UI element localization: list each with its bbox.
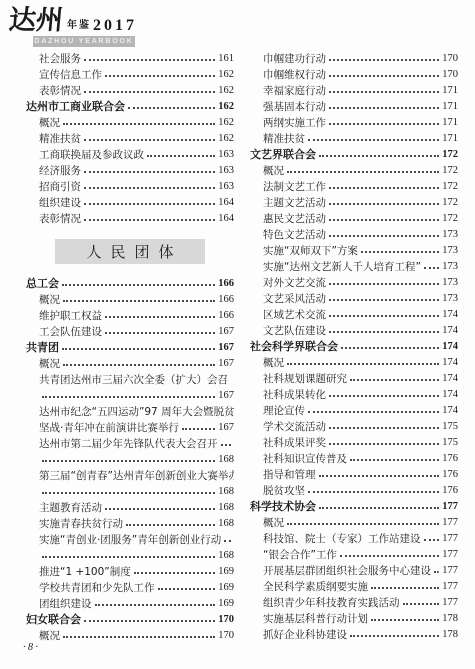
toc-entry: 开展基层群团组织社会服务中心建设177: [250, 562, 458, 578]
toc-entry-page: 172: [442, 165, 458, 176]
toc-entry-page: 162: [218, 69, 234, 80]
toc-entry: 宣传信息工作162: [26, 66, 234, 82]
dotted-leader: [63, 300, 215, 302]
toc-entry-page: 162: [218, 85, 234, 96]
toc-entry-page: 177: [442, 533, 458, 544]
toc-entry: 科技馆、院士（专家）工作站建设177: [250, 530, 458, 546]
toc-entry-title: 社会服务: [39, 51, 81, 66]
toc-entry-title: 工会队伍建设: [39, 324, 102, 339]
toc-entry-page: 172: [442, 149, 458, 160]
toc-entry-page: 164: [218, 197, 234, 208]
toc-entry: 实施“双师双下”方案173: [250, 242, 458, 258]
dotted-leader: [287, 523, 439, 525]
toc-entry-title: 社科成果转化: [263, 387, 326, 402]
toc-entry: 巾帼建功行动170: [250, 50, 458, 66]
dotted-leader: [84, 171, 215, 173]
toc-column-right: 巾帼建功行动170巾帼维权行动170幸福家庭行动171强基固本行动171两纲实施…: [250, 50, 458, 643]
toc-entry: 概况177: [250, 514, 458, 530]
section-header: 人民团体: [55, 239, 205, 264]
toc-entry: 维护职工权益166: [26, 307, 234, 323]
toc-entry-title: 实施青春扶贫行动: [39, 516, 123, 531]
toc-entry: 实施“达州文艺新人千人培育工程”173: [250, 258, 458, 274]
toc-entry-title: 抓好企业科协建设: [263, 627, 347, 642]
dotted-leader: [308, 411, 439, 413]
dotted-leader: [84, 91, 215, 93]
toc-entry-title: 两纲实施工作: [263, 115, 326, 130]
dotted-leader: [63, 123, 215, 125]
dotted-leader: [84, 59, 215, 61]
toc-entry-page: 174: [442, 389, 458, 400]
toc-entry: 全民科学素质纲要实施177: [250, 578, 458, 594]
toc-entry-title: 法制文艺工作: [263, 179, 326, 194]
toc-entry-page: 175: [442, 437, 458, 448]
toc-entry: 理论宣传174: [250, 402, 458, 418]
toc-entry: 主题文艺活动172: [250, 194, 458, 210]
toc-entry-page: 174: [442, 325, 458, 336]
dotted-leader: [84, 187, 215, 189]
toc-entry: 文艺队伍建设174: [250, 322, 458, 338]
toc-entry-title: 宣传信息工作: [39, 67, 102, 82]
toc-entry-title: 科学技术协会: [250, 498, 316, 514]
logo-subtitle-en: DAZHOU YEARBOOK: [33, 36, 135, 47]
toc-entry-page: 177: [442, 517, 458, 528]
dotted-leader: [287, 363, 439, 365]
toc-entry-title: 全民科学素质纲要实施: [263, 579, 368, 594]
dotted-leader: [84, 203, 215, 205]
toc-entry-page: 167: [218, 342, 234, 353]
toc-entry-title: 文艺采风活动: [263, 291, 326, 306]
toc-entry-page: 172: [442, 181, 458, 192]
toc-entry-title: 强基固本行动: [263, 99, 326, 114]
dotted-leader: [434, 571, 439, 573]
toc-entry-page: 177: [442, 565, 458, 576]
dotted-leader: [403, 603, 440, 605]
toc-entry-page: 162: [218, 117, 234, 128]
dotted-leader: [329, 219, 439, 221]
toc-entry: 社科成果转化174: [250, 386, 458, 402]
toc-entry: 学术交流活动175: [250, 418, 458, 434]
toc-entry-title: 概况: [39, 292, 60, 307]
toc-entry: 对外文艺交流173: [250, 274, 458, 290]
toc-entry: 学校共青团和少先队工作169: [26, 579, 234, 595]
toc-entry-continuation: 168: [26, 451, 234, 467]
logo-subtitle-cn: 年鉴: [67, 16, 91, 31]
toc-entry: 概况170: [26, 627, 234, 643]
toc-entry: 文艺采风活动173: [250, 290, 458, 306]
dotted-leader: [329, 299, 439, 301]
toc-entry-title: 实施“双师双下”方案: [263, 243, 358, 258]
dotted-leader: [350, 635, 439, 637]
toc-entry-page: 167: [218, 390, 234, 401]
toc-entry-title: 共青团: [26, 339, 59, 355]
toc-entry-title: 文艺队伍建设: [263, 323, 326, 338]
toc-entry-page: 168: [218, 518, 234, 529]
toc-entry-title: 工商联换届及参政议政: [39, 147, 144, 162]
toc-entry-page: 161: [218, 53, 234, 64]
toc-entry-page: 170: [442, 53, 458, 64]
dotted-leader: [350, 379, 439, 381]
toc-entry-page: 169: [218, 582, 234, 593]
toc-entry: 概况174: [250, 354, 458, 370]
toc-entry-page: 168: [218, 502, 234, 513]
toc-entry-title: 共青团达州市三届六次全委（扩大）会召开: [39, 372, 228, 387]
dotted-leader: [182, 428, 215, 430]
dotted-leader: [128, 107, 215, 109]
dotted-leader: [224, 540, 231, 542]
toc-entry-page: 172: [442, 213, 458, 224]
toc-entry-title: 脱贫攻坚: [263, 483, 305, 498]
toc-entry-page: 170: [218, 614, 234, 625]
dotted-leader: [63, 364, 215, 366]
dotted-leader: [308, 491, 439, 493]
toc-entry-page: 163: [218, 149, 234, 160]
toc-entry-page: 175: [442, 421, 458, 432]
toc-entry-page: 173: [442, 261, 458, 272]
toc-entry-page: 171: [442, 101, 458, 112]
toc-entry: 惠民文艺活动172: [250, 210, 458, 226]
toc-entry-title: 达州市工商业联合会: [26, 98, 125, 114]
toc-entry-page: 170: [442, 69, 458, 80]
toc-entry-page: 163: [218, 165, 234, 176]
toc-heading-entry: 总工会166: [26, 275, 234, 291]
toc-entry-title: 精准扶贫: [263, 131, 305, 146]
dotted-leader: [42, 396, 215, 398]
toc-entry-page: 177: [442, 501, 458, 512]
toc-entry: 精准扶贫171: [250, 130, 458, 146]
dotted-leader: [147, 155, 215, 157]
dotted-leader: [329, 283, 439, 285]
toc-entry-title: 推进“1 +100”制度: [39, 564, 131, 579]
toc-entry: 脱贫攻坚176: [250, 482, 458, 498]
toc-entry-title: 精准扶贫: [39, 131, 81, 146]
dotted-leader: [329, 75, 439, 77]
toc-entry: 达州市纪念“五四运动”97 周年大会暨脱贫攻: [26, 403, 234, 419]
toc-entry: 推进“1 +100”制度169: [26, 563, 234, 579]
toc-entry-page: 171: [442, 133, 458, 144]
dotted-leader: [105, 332, 215, 334]
toc-entry-title: 对外文艺交流: [263, 275, 326, 290]
toc-entry: 达州市第二届少年先锋队代表大会召开: [26, 435, 234, 451]
toc-entry: 工商联换届及参政议政163: [26, 146, 234, 162]
dotted-leader: [424, 267, 439, 269]
toc-heading-entry: 社会科学界联合会174: [250, 338, 458, 354]
dotted-leader: [105, 75, 215, 77]
dotted-leader: [62, 348, 215, 350]
toc-column-left: 社会服务161宣传信息工作162表彰情况162达州市工商业联合会162概况162…: [26, 50, 234, 643]
toc-entry-title: 幸福家庭行动: [263, 83, 326, 98]
toc-entry: 概况167: [26, 355, 234, 371]
dotted-leader: [105, 508, 215, 510]
toc-entry-page: 163: [218, 181, 234, 192]
toc-entry-title: 经济服务: [39, 163, 81, 178]
dotted-leader: [319, 475, 440, 477]
toc-entry-page: 177: [442, 581, 458, 592]
toc-entry-title: 巾帼维权行动: [263, 67, 326, 82]
toc-entry-continuation: 坚战·青年冲在前演讲比赛举行167: [26, 419, 234, 435]
toc-entry-title: 实施“达州文艺新人千人培育工程”: [263, 259, 421, 274]
toc-entry: 社会服务161: [26, 50, 234, 66]
toc-entry-title: 学校共青团和少先队工作: [39, 580, 155, 595]
toc-entry-title: 组织建设: [39, 195, 81, 210]
toc-entry: 共青团达州市三届六次全委（扩大）会召开: [26, 371, 234, 387]
toc-entry-title: 实施基层科普行动计划: [263, 611, 368, 626]
toc-entry-title: 概况: [263, 163, 284, 178]
toc-entry-title: 团组织建设: [39, 596, 92, 611]
toc-entry-title: 达州市纪念“五四运动”97 周年大会暨脱贫攻: [39, 404, 234, 419]
toc-entry-page: 174: [442, 373, 458, 384]
toc-entry: 特色文艺活动173: [250, 226, 458, 242]
toc-entry-title: 学术交流活动: [263, 419, 326, 434]
toc-entry-page: 174: [442, 341, 458, 352]
toc-columns: 社会服务161宣传信息工作162表彰情况162达州市工商业联合会162概况162…: [26, 50, 458, 643]
toc-heading-entry: 妇女联合会170: [26, 611, 234, 627]
toc-entry-title: 主题文艺活动: [263, 195, 326, 210]
toc-entry: 巾帼维权行动170: [250, 66, 458, 82]
toc-entry-page: 171: [442, 85, 458, 96]
logo-year: 2017: [93, 18, 137, 34]
folio-page-number: · 8 ·: [23, 642, 38, 653]
toc-entry-page: 162: [218, 101, 234, 112]
toc-entry-continuation: 167: [26, 387, 234, 403]
toc-entry: 实施“青创业·团服务”青年创新创业行动: [26, 531, 234, 547]
toc-entry: 表彰情况164: [26, 210, 234, 226]
dotted-leader: [221, 444, 232, 446]
toc-entry: 社科规划课题研究174: [250, 370, 458, 386]
toc-entry: 强基固本行动171: [250, 98, 458, 114]
toc-entry-title: 妇女联合会: [26, 611, 81, 627]
toc-heading-entry: 共青团167: [26, 339, 234, 355]
toc-entry-page: 171: [442, 117, 458, 128]
dotted-leader: [42, 492, 215, 494]
toc-entry: 抓好企业科协建设178: [250, 626, 458, 642]
toc-entry-page: 168: [218, 454, 234, 465]
toc-entry-page: 162: [218, 133, 234, 144]
toc-entry: 工会队伍建设167: [26, 323, 234, 339]
dotted-leader: [329, 107, 439, 109]
toc-entry-title: 社科知识宣传普及: [263, 451, 347, 466]
toc-entry-page: 164: [218, 213, 234, 224]
toc-heading-entry: 达州市工商业联合会162: [26, 98, 234, 114]
toc-entry-page: 176: [442, 485, 458, 496]
dotted-leader: [329, 203, 439, 205]
toc-entry: 精准扶贫162: [26, 130, 234, 146]
toc-entry: 团组织建设169: [26, 595, 234, 611]
toc-entry: 组织青少年科技教育实践活动177: [250, 594, 458, 610]
toc-entry: 组织建设164: [26, 194, 234, 210]
dotted-leader: [84, 620, 215, 622]
dotted-leader: [319, 507, 439, 509]
toc-entry-title: 招商引资: [39, 179, 81, 194]
dotted-leader: [329, 235, 439, 237]
toc-entry-page: 167: [218, 326, 234, 337]
toc-entry: 主题教育活动168: [26, 499, 234, 515]
toc-entry-title: 社科成果评奖: [263, 435, 326, 450]
dotted-leader: [329, 427, 439, 429]
toc-entry-title: 特色文艺活动: [263, 227, 326, 242]
dotted-leader: [350, 459, 439, 461]
toc-entry-title: 第三届“创青春”达州青年创新创业大赛举办: [39, 468, 234, 483]
toc-entry-page: 167: [218, 358, 234, 369]
yearbook-toc-page: 达州 年鉴 2017 DAZHOU YEARBOOK 社会服务161宣传信息工作…: [0, 0, 475, 669]
toc-entry: 概况166: [26, 291, 234, 307]
toc-heading-entry: 科学技术协会177: [250, 498, 458, 514]
toc-entry-page: 167: [218, 422, 234, 433]
dotted-leader: [329, 59, 439, 61]
toc-entry-title: 表彰情况: [39, 83, 81, 98]
toc-entry-title: 主题教育活动: [39, 500, 102, 515]
toc-entry-page: 177: [442, 597, 458, 608]
dotted-leader: [84, 139, 215, 141]
toc-entry: 实施基层科普行动计划178: [250, 610, 458, 626]
dotted-leader: [308, 139, 439, 141]
toc-entry-page: 176: [442, 453, 458, 464]
toc-entry: 招商引资163: [26, 178, 234, 194]
toc-entry: 第三届“创青春”达州青年创新创业大赛举办: [26, 467, 234, 483]
toc-entry-title: 总工会: [26, 275, 59, 291]
dotted-leader: [105, 316, 215, 318]
toc-entry: 幸福家庭行动171: [250, 82, 458, 98]
toc-entry: 指导和管理176: [250, 466, 458, 482]
toc-entry-page: 169: [218, 598, 234, 609]
toc-entry-page: 178: [442, 629, 458, 640]
toc-entry-page: 174: [442, 309, 458, 320]
dotted-leader: [134, 572, 216, 574]
toc-entry-page: 166: [218, 278, 234, 289]
logo-title-line: 达州 年鉴 2017: [9, 7, 137, 34]
dotted-leader: [95, 604, 216, 606]
dotted-leader: [329, 443, 439, 445]
toc-entry: 两纲实施工作171: [250, 114, 458, 130]
toc-entry-title: 理论宣传: [263, 403, 305, 418]
dotted-leader: [340, 555, 439, 557]
toc-entry-continuation: 168: [26, 547, 234, 563]
dotted-leader: [371, 587, 439, 589]
toc-entry-title: 维护职工权益: [39, 308, 102, 323]
toc-entry-title: 社会科学界联合会: [250, 338, 338, 354]
toc-entry: 实施青春扶贫行动168: [26, 515, 234, 531]
toc-entry: 社科成果评奖175: [250, 434, 458, 450]
toc-entry-title: 巾帼建功行动: [263, 51, 326, 66]
toc-entry-title: 概况: [39, 115, 60, 130]
dotted-leader: [158, 588, 216, 590]
toc-entry-page: 173: [442, 277, 458, 288]
dotted-leader: [62, 284, 215, 286]
toc-entry-page: 176: [442, 469, 458, 480]
toc-entry-page: 173: [442, 293, 458, 304]
dotted-leader: [319, 155, 439, 157]
dotted-leader: [329, 187, 439, 189]
toc-entry-title: 达州市第二届少年先锋队代表大会召开: [39, 436, 218, 451]
dotted-leader: [329, 315, 439, 317]
dotted-leader: [329, 91, 439, 93]
dotted-leader: [329, 395, 439, 397]
toc-entry-page: 174: [442, 357, 458, 368]
toc-entry-title: 科技馆、院士（专家）工作站建设: [263, 531, 421, 546]
toc-entry: 概况162: [26, 114, 234, 130]
dotted-leader: [287, 171, 439, 173]
toc-entry-title: 惠民文艺活动: [263, 211, 326, 226]
toc-entry-title: 社科规划课题研究: [263, 371, 347, 386]
toc-entry-title: “银会合作”工作: [263, 547, 337, 562]
toc-entry-page: 170: [218, 630, 234, 641]
toc-entry-continuation: 168: [26, 483, 234, 499]
toc-entry-title: 区域艺术交流: [263, 307, 326, 322]
toc-heading-entry: 文艺界联合会172: [250, 146, 458, 162]
toc-entry-title: 概况: [39, 628, 60, 643]
toc-entry-title: 概况: [39, 356, 60, 371]
toc-entry-page: 172: [442, 197, 458, 208]
toc-entry-title: 表彰情况: [39, 211, 81, 226]
toc-entry: 概况172: [250, 162, 458, 178]
toc-entry-page: 174: [442, 405, 458, 416]
toc-entry: 经济服务163: [26, 162, 234, 178]
toc-entry-page: 168: [218, 550, 234, 561]
toc-entry-title: 指导和管理: [263, 467, 316, 482]
toc-entry: 区域艺术交流174: [250, 306, 458, 322]
toc-entry-title: 坚战·青年冲在前演讲比赛举行: [39, 420, 179, 435]
dotted-leader: [329, 123, 439, 125]
toc-entry-page: 166: [218, 310, 234, 321]
toc-entry: “银会合作”工作177: [250, 546, 458, 562]
toc-entry: 社科知识宣传普及176: [250, 450, 458, 466]
yearbook-logo: 达州 年鉴 2017 DAZHOU YEARBOOK: [9, 7, 137, 47]
logo-title-cn: 达州: [8, 7, 64, 34]
dotted-leader: [371, 619, 439, 621]
dotted-leader: [42, 460, 215, 462]
toc-entry-title: 概况: [263, 355, 284, 370]
toc-entry-page: 177: [442, 549, 458, 560]
dotted-leader: [341, 347, 439, 349]
toc-entry-title: 实施“青创业·团服务”青年创新创业行动: [39, 532, 221, 547]
dotted-leader: [63, 636, 215, 638]
toc-entry-title: 组织青少年科技教育实践活动: [263, 595, 400, 610]
toc-entry: 表彰情况162: [26, 82, 234, 98]
toc-entry-title: 开展基层群团组织社会服务中心建设: [263, 563, 431, 578]
toc-entry-page: 166: [218, 294, 234, 305]
toc-entry-page: 173: [442, 229, 458, 240]
toc-entry-page: 168: [218, 486, 234, 497]
toc-entry-page: 178: [442, 613, 458, 624]
dotted-leader: [126, 524, 215, 526]
dotted-leader: [361, 251, 439, 253]
toc-entry-title: 文艺界联合会: [250, 146, 316, 162]
dotted-leader: [329, 331, 439, 333]
toc-entry-page: 169: [218, 566, 234, 577]
dotted-leader: [424, 539, 440, 541]
dotted-leader: [42, 556, 215, 558]
toc-entry-page: 173: [442, 245, 458, 256]
dotted-leader: [84, 219, 215, 221]
toc-entry: 法制文艺工作172: [250, 178, 458, 194]
toc-entry-title: 概况: [263, 515, 284, 530]
